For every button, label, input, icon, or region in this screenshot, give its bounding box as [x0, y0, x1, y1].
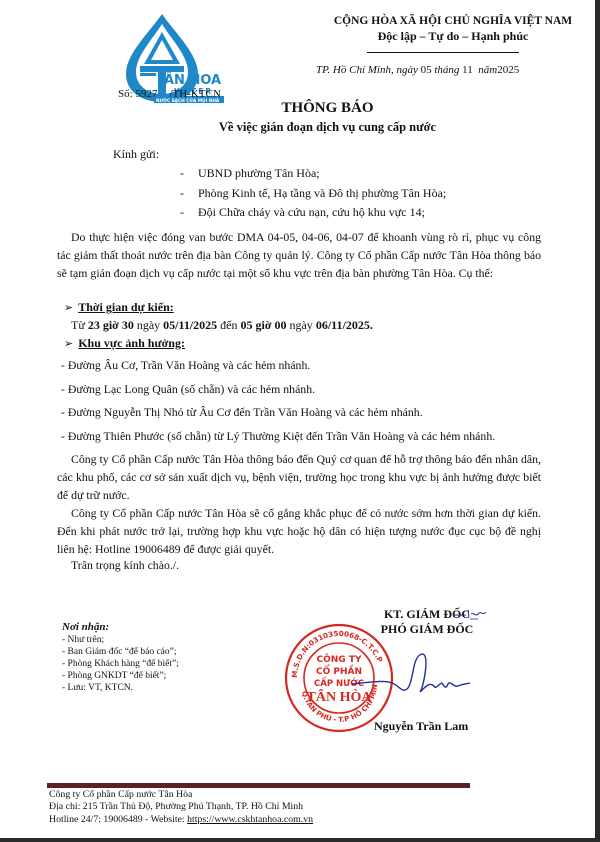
- place-date: TP. Hồ Chí Minh, ngày 05 tháng 11 năm202…: [316, 64, 519, 76]
- closing-line: Trân trọng kính chào./.: [71, 558, 179, 573]
- distribution-item: - Phòng GNKDT “để biết”;: [62, 670, 179, 682]
- date-month: 11: [462, 64, 473, 76]
- time-section-heading: ➢Thời gian dự kiến:: [64, 300, 174, 315]
- distribution-item: - Ban Giám đốc “để báo cáo”;: [62, 646, 179, 658]
- recipient-item: -Đội Chữa cháy và cứu nạn, cứu hộ khu vự…: [176, 203, 446, 223]
- document-subtitle: Về việc gián đoạn dịch vụ cung cấp nước: [0, 120, 595, 135]
- intro-paragraph: Do thực hiện việc đóng van bước DMA 04-0…: [57, 228, 541, 282]
- remedy-paragraph: Công ty Cổ phần Cấp nước Tân Hòa sẽ cố g…: [57, 504, 541, 558]
- place-prefix: TP. Hồ Chí Minh, ngày: [316, 64, 418, 76]
- distribution-heading: Nơi nhận:: [62, 621, 179, 633]
- nation-motto: Độc lập – Tự do – Hạnh phúc: [318, 29, 588, 44]
- nation-title: CỘNG HÒA XÃ HỘI CHỦ NGHĨA VIỆT NAM: [318, 14, 588, 29]
- arrow-bullet-icon: ➢: [64, 302, 73, 314]
- area-item: - Đường Nguyễn Thị Nhỏ từ Âu Cơ đến Trần…: [61, 401, 495, 425]
- doc-number-prefix: Số: 5927: [118, 88, 157, 100]
- date-day: 05: [421, 64, 432, 76]
- document-number: Số: 5927/TH-KTCN: [118, 88, 221, 100]
- outage-time: Từ 23 giờ 30 ngày 05/11/2025 đến 05 giờ …: [71, 318, 373, 333]
- footer-company: Công ty Cổ phần Cấp nước Tân Hòa: [49, 789, 313, 801]
- footer-address: Địa chỉ: 215 Trần Thủ Độ, Phường Phú Thạ…: [49, 801, 313, 813]
- area-item: - Đường Thiên Phước (số chẵn) từ Lý Thườ…: [61, 425, 495, 449]
- start-time: 23 giờ 30: [88, 318, 134, 332]
- logo-brand-line1: ÂN HOA: [164, 72, 221, 88]
- month-label: tháng: [434, 64, 459, 76]
- national-header: CỘNG HÒA XÃ HỘI CHỦ NGHĨA VIỆT NAM Độc l…: [318, 14, 588, 44]
- start-date: 05/11/2025: [163, 318, 217, 332]
- distribution-item: - Như trên;: [62, 634, 179, 646]
- distribution-list: Nơi nhận: - Như trên; - Ban Giám đốc “để…: [62, 621, 179, 694]
- nation-divider: [367, 52, 519, 53]
- area-section-heading: ➢Khu vực ảnh hưởng:: [64, 336, 185, 351]
- footer-contact: Hotline 24/7: 19006489 - Website: https:…: [49, 814, 313, 826]
- end-date: 06/11/2025.: [316, 318, 373, 332]
- recipient-item: -UBND phường Tân Hòa;: [176, 164, 446, 184]
- affected-area-list: - Đường Âu Cơ, Trần Văn Hoàng và các hẻm…: [61, 354, 495, 448]
- doc-number-suffix: /TH-KTCN: [169, 88, 220, 100]
- document-title: THÔNG BÁO: [0, 100, 595, 117]
- footer-divider: [47, 783, 470, 788]
- recipient-item: -Phòng Kinh tế, Hạ tầng và Đô thị phường…: [176, 184, 446, 204]
- signatory-name: Nguyễn Trần Lam: [374, 719, 468, 734]
- website-link[interactable]: https://www.cskhtanhoa.com.vn: [187, 814, 313, 825]
- date-year: 2025: [497, 64, 519, 76]
- distribution-item: - Phòng Khách hàng “để biết”;: [62, 658, 179, 670]
- footer: Công ty Cổ phần Cấp nước Tân Hòa Địa chỉ…: [49, 789, 313, 826]
- distribution-item: - Lưu: VT, KTCN.: [62, 682, 179, 694]
- greeting: Kính gửi:: [113, 147, 159, 162]
- signature-icon: [350, 650, 490, 705]
- document-page: ÂN HOA WATER NƯỚC SẠCH CỦA MỌI NHÀ Số: 5…: [0, 0, 595, 838]
- notice-paragraph: Công ty Cổ phần Cấp nước Tân Hòa thông b…: [57, 450, 541, 504]
- arrow-bullet-icon: ➢: [64, 338, 73, 350]
- area-item: - Đường Lạc Long Quân (số chẵn) và các h…: [61, 378, 495, 402]
- year-label: năm: [478, 64, 497, 76]
- recipient-list: -UBND phường Tân Hòa; -Phòng Kinh tế, Hạ…: [176, 164, 446, 223]
- initials-icon: [452, 606, 492, 622]
- end-time: 05 giờ 00: [241, 318, 287, 332]
- area-item: - Đường Âu Cơ, Trần Văn Hoàng và các hẻm…: [61, 354, 495, 378]
